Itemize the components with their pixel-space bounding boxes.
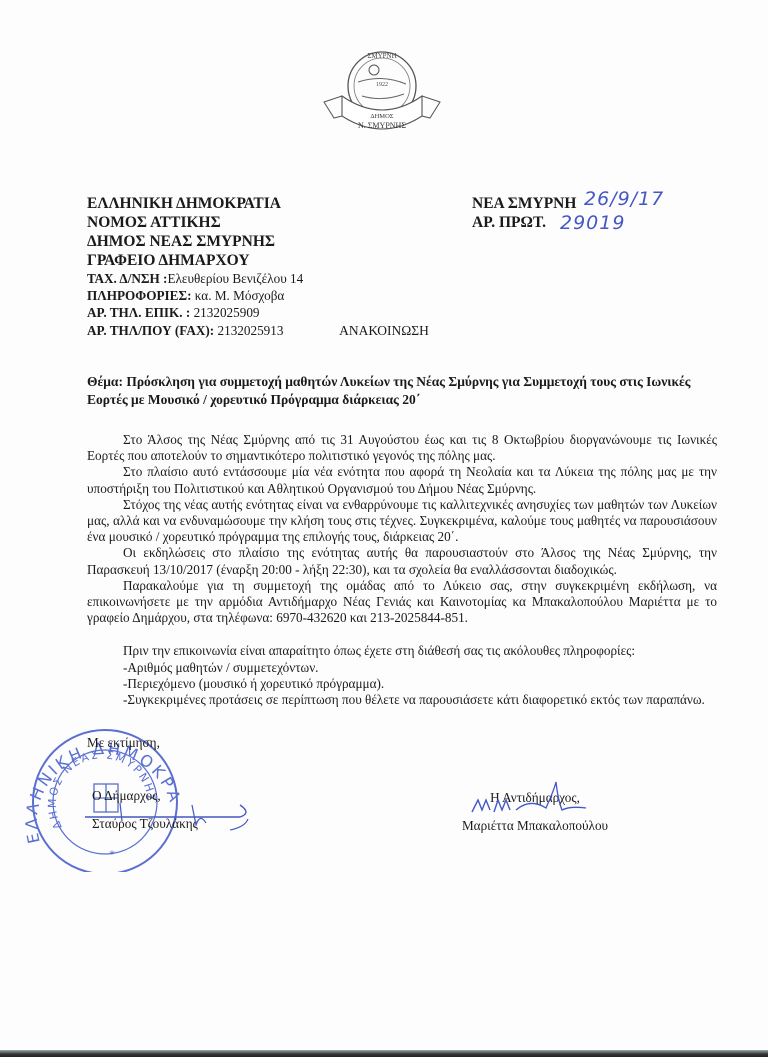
svg-text:1922: 1922 <box>376 82 388 88</box>
header-line: ΕΛΛΗΝΙΚΗ ΔΗΜΟΚΡΑΤΙΑ <box>87 194 281 213</box>
svg-text:*: * <box>109 847 115 861</box>
municipality-emblem: 1922 ΣΜΥΡΝΗ ΔΗΜΟΣ Ν. ΣΜΥΡΝΗΣ <box>312 44 452 144</box>
document-title: ΑΝΑΚΟΙΝΩΣΗ <box>0 323 768 339</box>
info-value: κα. Μ. Μόσχοβα <box>191 288 284 303</box>
deputy-handwritten-signature <box>470 780 590 820</box>
requirement-item: -Αριθμός μαθητών / συμμετεχόντων. <box>87 660 717 676</box>
info-address: ΤΑΧ. Δ/ΝΣΗ :Ελευθερίου Βενιζέλου 14 <box>87 270 303 287</box>
svg-text:Ν. ΣΜΥΡΝΗΣ: Ν. ΣΜΥΡΝΗΣ <box>358 121 406 130</box>
info-value: Ελευθερίου Βενιζέλου 14 <box>167 271 303 286</box>
header-line: ΝΟΜΟΣ ΑΤΤΙΚΗΣ <box>87 213 281 232</box>
body-paragraph: Οι εκδηλώσεις στο πλαίσιο της ενότητας α… <box>87 545 717 577</box>
header-line: ΔΗΜΟΣ ΝΕΑΣ ΣΜΥΡΝΗΣ <box>87 232 281 251</box>
requirement-item: -Περιεχόμενο (μουσικό ή χορευτικό πρόγρα… <box>87 676 717 692</box>
info-value: 2132025909 <box>190 305 259 320</box>
info-phone: ΑΡ. ΤΗΛ. ΕΠΙΚ. : 2132025909 <box>87 304 303 321</box>
mayor-handwritten-signature <box>80 795 250 835</box>
letter-body: Στο Άλσος της Νέας Σμύρνης από τις 31 Αυ… <box>87 432 717 708</box>
subject-line: Θέμα: Πρόσκληση για συμμετοχή μαθητών Λυ… <box>87 373 727 408</box>
svg-text:ΣΜΥΡΝΗ: ΣΜΥΡΝΗ <box>367 52 396 60</box>
closing-salutation: Με εκτίμηση, <box>87 735 160 751</box>
handwritten-date: 26/9/17 <box>584 188 664 210</box>
signatory-name: Μαριέττα Μπακαλοπούλου <box>450 818 620 834</box>
info-label: ΑΡ. ΤΗΛ. ΕΠΙΚ. : <box>87 305 190 320</box>
body-paragraph: Στο Άλσος της Νέας Σμύρνης από τις 31 Αυ… <box>87 432 717 464</box>
body-paragraph: Στόχος της νέας αυτής ενότητας είναι να … <box>87 497 717 546</box>
requirements-intro: Πριν την επικοινωνία είναι απαραίτητο όπ… <box>87 643 717 659</box>
scan-edge <box>0 1050 768 1057</box>
handwritten-protocol-number: 29019 <box>560 212 625 234</box>
requirement-item: -Συγκεκριμένες προτάσεις σε περίπτωση πο… <box>87 692 717 708</box>
info-contact-person: ΠΛΗΡΟΦΟΡΙΕΣ: κα. Μ. Μόσχοβα <box>87 287 303 304</box>
svg-text:ΔΗΜΟΣ: ΔΗΜΟΣ <box>370 113 393 120</box>
place-label: ΝΕΑ ΣΜΥΡΝΗ <box>472 194 576 213</box>
info-label: ΤΑΧ. Δ/ΝΣΗ : <box>87 271 167 286</box>
body-paragraph: Στο πλαίσιο αυτό εντάσσουμε μία νέα ενότ… <box>87 464 717 496</box>
issuer-header: ΕΛΛΗΝΙΚΗ ΔΗΜΟΚΡΑΤΙΑ ΝΟΜΟΣ ΑΤΤΙΚΗΣ ΔΗΜΟΣ … <box>87 194 281 270</box>
header-line: ΓΡΑΦΕΙΟ ΔΗΜΑΡΧΟΥ <box>87 251 281 270</box>
body-paragraph: Παρακαλούμε για τη συμμετοχή της ομάδας … <box>87 578 717 627</box>
info-label: ΠΛΗΡΟΦΟΡΙΕΣ: <box>87 288 191 303</box>
